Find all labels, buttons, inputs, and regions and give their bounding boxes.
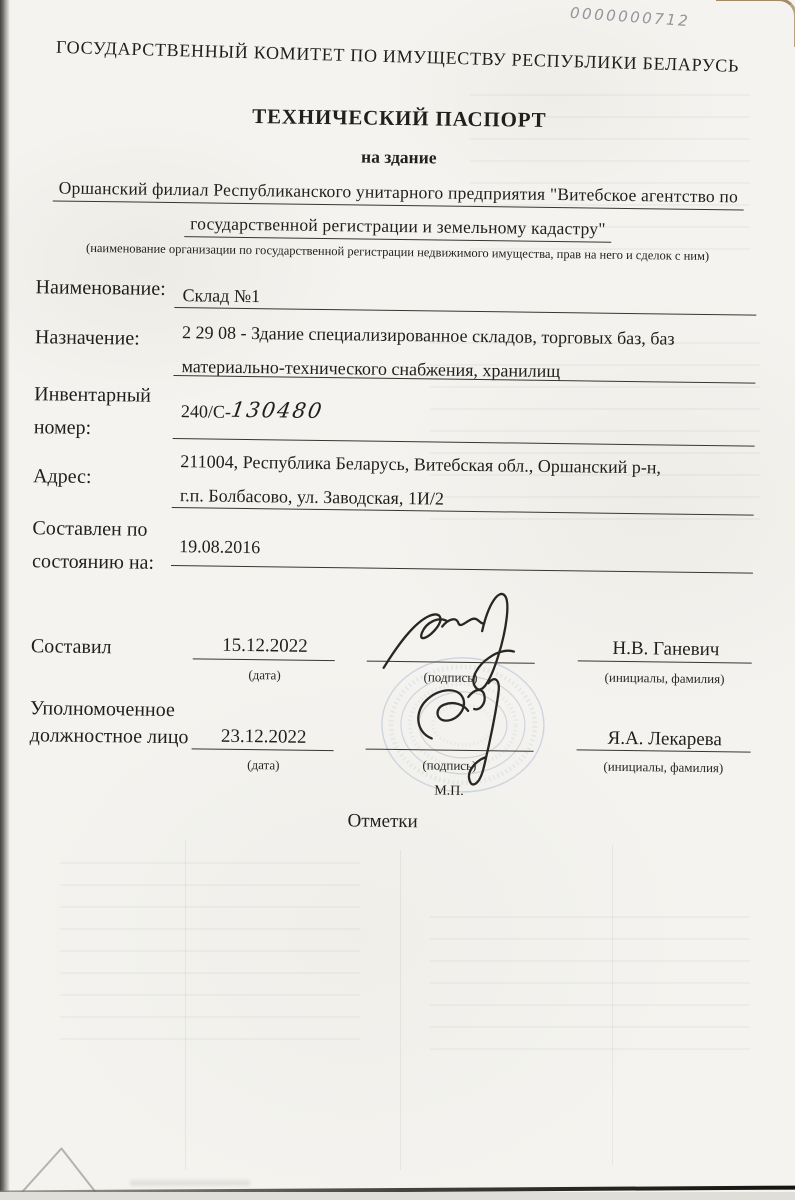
authorized-official-label-line-2: должностное лицо [30,724,189,748]
scan-edge-below [0,1192,795,1200]
organization-line-1-text: Оршанский филиал Республиканского унитар… [53,177,745,210]
inventory-field-underline [173,438,755,447]
name-field-label: Наименование: [35,276,165,300]
name-caption: (инициалы, фамилия) [576,758,750,776]
date-caption: (дата) [193,756,333,774]
as-of-field-underline [171,565,753,574]
as-of-field-label-line-2: состоянию на: [32,550,154,574]
compiled-date: 15.12.2022 [195,634,335,658]
scan-corner-top-right [716,0,795,47]
signature-2 [401,676,528,796]
document-body: ТЕХНИЧЕСКИЙ ПАСПОРТ на здание Оршанский … [0,0,795,1200]
organization-line-2-text: государственной регистрации и земельному… [184,213,612,243]
address-field-underline [172,507,754,516]
inventory-field-label-line-2: номер: [34,416,92,439]
address-field-value-line-1: 211004, Республика Беларусь, Витебская о… [180,450,661,478]
inventory-number-handwritten: 130480 [229,399,325,422]
inventory-number-printed: 240/С- [181,401,231,422]
authorized-official-label-line-1: Уполномоченное [30,697,175,721]
name-field-value: Склад №1 [182,284,260,307]
purpose-field-label: Назначение: [35,326,140,349]
as-of-field-label-line-1: Составлен по [32,517,147,541]
inventory-field-label-line-1: Инвентарный [34,383,151,407]
compiled-name: Н.В. Ганевич [580,637,752,661]
name-caption: (инициалы, фамилия) [577,669,751,687]
organization-line-2: государственной регистрации и земельному… [0,211,795,245]
as-of-field-value: 19.08.2016 [179,535,260,558]
authorized-name: Я.А. Лекарева [579,727,751,751]
authorized-date: 23.12.2022 [194,725,334,749]
date-caption: (дата) [194,666,334,684]
document-title: ТЕХНИЧЕСКИЙ ПАСПОРТ [2,101,795,136]
scan-edge-left [0,0,10,1200]
compiled-date-underline [193,658,335,661]
document-subtitle: на здание [1,142,795,173]
scanned-technical-passport-page: 0000000712 ГОСУДАРСТВЕННЫЙ КОМИТЕТ ПО ИМ… [0,0,795,1200]
inventory-field-value: 240/С-130480 [181,399,323,424]
purpose-field-value-line-1: 2 29 08 - Здание специализированное скла… [182,321,675,349]
address-field-label: Адрес: [33,465,92,488]
address-field-value-line-2: г.п. Болбасово, ул. Заводская, 1И/2 [180,484,444,509]
notes-heading: Отметки [0,806,773,838]
faint-smudge [130,1180,250,1186]
name-field-underline [174,307,756,316]
compiled-by-label: Составил [31,635,112,658]
organization-line-1: Оршанский филиал Республиканского унитар… [1,177,795,211]
